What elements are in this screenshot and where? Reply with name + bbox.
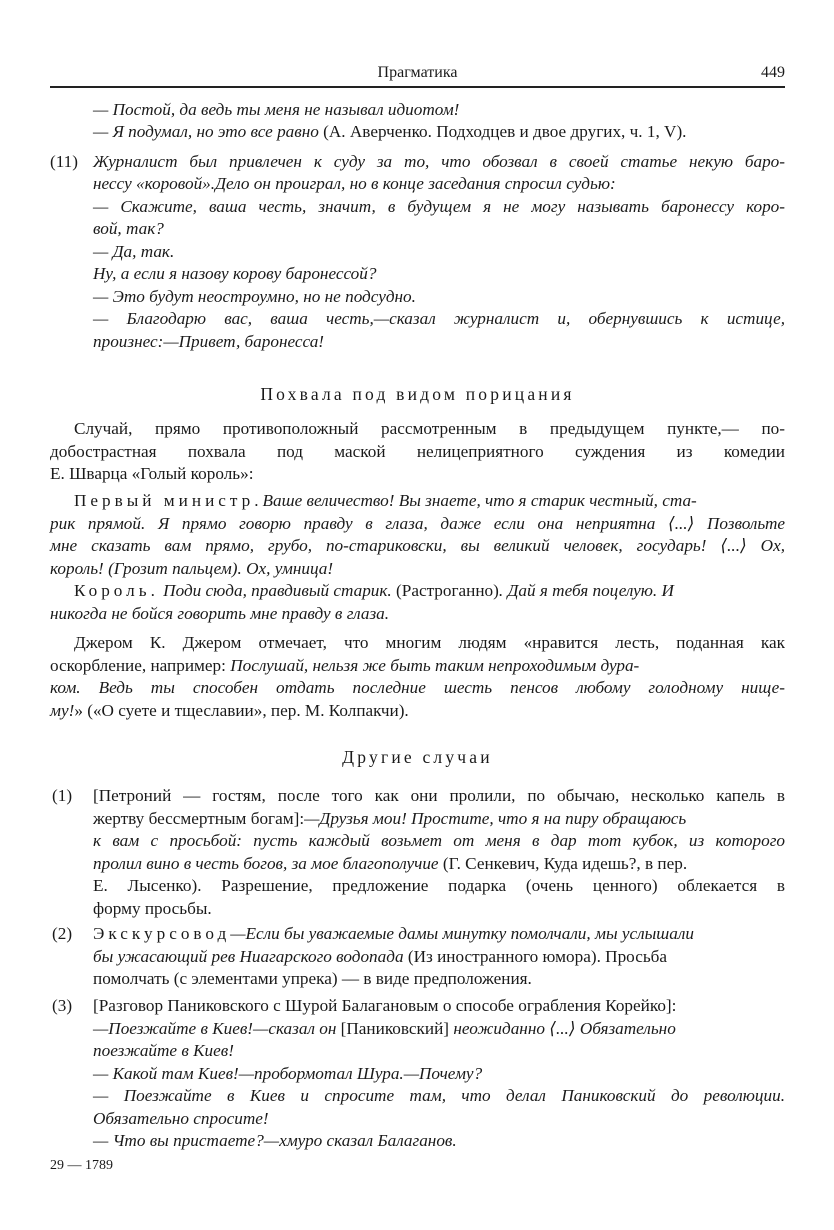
example-text: — Что вы пристаете?—хмуро сказал Балаган… (93, 1130, 457, 1152)
example-text: помолчать (с элементами упрека) — в виде… (93, 968, 532, 990)
paragraph-line: Джером К. Джером отмечает, что многим лю… (74, 632, 785, 654)
example-text: [Петроний — гостям, после того как они п… (93, 785, 785, 807)
example-text: Экскурсовод—Если бы уважаемые дамы минут… (93, 923, 694, 945)
paragraph-line: добострастная похвала под маской нелицеп… (50, 441, 785, 463)
play-line: рик прямой. Я прямо говорю правду в глаз… (50, 513, 785, 535)
dialogue-line: — Постой, да ведь ты меня не называл иди… (93, 99, 459, 121)
example-text: жертву бессмертным богам]:—Друзья мои! П… (93, 808, 686, 830)
example-text: форму просьбы. (93, 898, 212, 920)
paragraph-line: оскорбление, например: Послушай, нельзя … (50, 655, 639, 677)
speaker-name: Экскурсовод (93, 924, 230, 943)
example-text: нессу «коровой».Дело он проиграл, но в к… (93, 173, 616, 195)
running-head: Прагматика 449 (50, 62, 785, 88)
running-head-title: Прагматика (50, 64, 785, 82)
example-number: (3) (52, 995, 72, 1017)
play-line: Король. Поди сюда, правдивый старик. (Ра… (74, 580, 674, 602)
example-number: (2) (52, 923, 72, 945)
example-text: поезжайте в Киев! (93, 1040, 234, 1062)
printer-signature: 29 — 1789 (50, 1158, 113, 1174)
play-line: Первый министр. Ваше величество! Вы знае… (74, 490, 785, 512)
play-line: никогда не бойся говорить мне правду в г… (50, 603, 389, 625)
paragraph-line: Е. Шварца «Голый король»: (50, 463, 254, 485)
example-text: произнес:—Привет, баронесса! (93, 331, 324, 353)
example-text: Обязательно спросите! (93, 1108, 269, 1130)
example-number: (1) (52, 785, 72, 807)
example-text: — Это будут неостроумно, но не подсудно. (93, 286, 416, 308)
example-text: — Поезжайте в Киев и спросите там, что д… (93, 1085, 785, 1107)
example-text: [Разговор Паниковского с Шурой Балаганов… (93, 995, 676, 1017)
section-heading: Похвала под видом порицания (50, 384, 785, 405)
example-text: Ну, а если я назову корову баронессой? (93, 263, 376, 285)
example-text: —Поезжайте в Киев!—сказал он [Паниковски… (93, 1018, 676, 1040)
speaker-name: Король. (74, 581, 159, 600)
play-line: мне сказать вам прямо, грубо, по-старико… (50, 535, 785, 557)
play-line: король! (Грозит пальцем). Ох, умница! (50, 558, 333, 580)
example-text: вой, так? (93, 218, 164, 240)
example-text: — Благодарю вас, ваша честь,—сказал журн… (93, 308, 785, 330)
paragraph-line: ком. Ведь ты способен отдать последние ш… (50, 677, 785, 699)
speaker-name: Первый министр. (74, 490, 263, 512)
example-text: к вам с просьбой: пусть каждый возьмет о… (93, 830, 785, 852)
example-text: Е. Лысенко). Разрешение, предложение под… (93, 875, 785, 897)
paragraph-line: Случай, прямо противоположный рассмотрен… (74, 418, 785, 440)
example-text: — Скажите, ваша честь, значит, в будущем… (93, 196, 785, 218)
example-text: бы ужасающий рев Ниагарского водопада (И… (93, 946, 667, 968)
example-text: — Да, так. (93, 241, 174, 263)
dialogue-line: — Я подумал, но это все равно (А. Аверче… (93, 121, 686, 143)
example-text: Журналист был привлечен к суду за то, чт… (93, 151, 785, 173)
example-number: (11) (50, 151, 78, 173)
page-number: 449 (761, 64, 785, 82)
example-text: пролил вино в честь богов, за мое благоп… (93, 853, 687, 875)
example-text: — Какой там Киев!—пробормотал Шура.—Поче… (93, 1063, 482, 1085)
paragraph-line: му!» («О суете и тщеславии», пер. М. Кол… (50, 700, 409, 722)
section-heading: Другие случаи (50, 747, 785, 768)
